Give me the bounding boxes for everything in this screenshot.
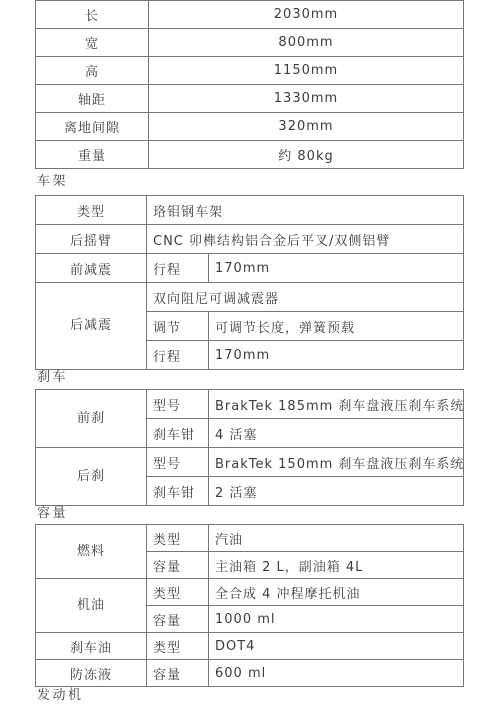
table-row: 宽 800mm xyxy=(36,29,464,57)
fuel-type-label: 类型 xyxy=(147,525,209,552)
oil-capacity-label: 容量 xyxy=(147,606,209,633)
frame-type-label: 类型 xyxy=(36,196,147,225)
table-row: 高 1150mm xyxy=(36,57,464,85)
spec-value-height: 1150mm xyxy=(149,57,464,85)
brake-fluid-label: 刹车油 xyxy=(36,633,147,660)
fuel-capacity-value: 主油箱 2 L，副油箱 4L xyxy=(209,552,464,579)
fuel-type-value: 汽油 xyxy=(209,525,464,552)
oil-capacity-value: 1000 ml xyxy=(209,606,464,633)
table-row: 机油 类型 全合成 4 冲程摩托机油 xyxy=(36,579,464,606)
oil-type-label: 类型 xyxy=(147,579,209,606)
coolant-capacity-label: 容量 xyxy=(147,660,209,687)
spec-value-ground-clearance: 320mm xyxy=(149,113,464,141)
frame-swingarm-value: CNC 卯榫结构铝合金后平叉/双侧铝臂 xyxy=(147,225,464,254)
front-shock-label: 前减震 xyxy=(36,254,147,283)
brakes-table: 前刹 型号 BrakTek 185mm 刹车盘液压刹车系统 刹车钳 4 活塞 后… xyxy=(35,389,464,506)
spec-value-wheelbase: 1330mm xyxy=(149,85,464,113)
table-row: 离地间隙 320mm xyxy=(36,113,464,141)
table-row: 重量 约 80kg xyxy=(36,141,464,169)
rear-brake-caliper-label: 刹车钳 xyxy=(147,477,209,506)
front-brake-caliper-value: 4 活塞 xyxy=(209,419,464,448)
table-row: 后减震 双向阻尼可调减震器 xyxy=(36,283,464,312)
table-row: 长 2030mm xyxy=(36,1,464,29)
section-title-engine: 发动机 xyxy=(37,688,84,703)
front-brake-caliper-label: 刹车钳 xyxy=(147,419,209,448)
oil-label: 机油 xyxy=(36,579,147,633)
section-title-frame: 车架 xyxy=(37,174,68,189)
table-row: 前减震 行程 170mm xyxy=(36,254,464,283)
spec-label-width: 宽 xyxy=(36,29,149,57)
frame-type-value: 珞钼钢车架 xyxy=(147,196,464,225)
frame-swingarm-label: 后摇臂 xyxy=(36,225,147,254)
fuel-capacity-label: 容量 xyxy=(147,552,209,579)
front-shock-travel-label: 行程 xyxy=(147,254,209,283)
rear-shock-label: 后减震 xyxy=(36,283,147,370)
spec-label-length: 长 xyxy=(36,1,149,29)
spec-label-ground-clearance: 离地间隙 xyxy=(36,113,149,141)
front-brake-model-label: 型号 xyxy=(147,390,209,419)
spec-label-weight: 重量 xyxy=(36,141,149,169)
rear-brake-label: 后刹 xyxy=(36,448,147,506)
rear-brake-model-value: BrakTek 150mm 刹车盘液压刹车系统 xyxy=(209,448,464,477)
table-row: 轴距 1330mm xyxy=(36,85,464,113)
spec-value-length: 2030mm xyxy=(149,1,464,29)
spec-label-wheelbase: 轴距 xyxy=(36,85,149,113)
rear-shock-travel-value: 170mm xyxy=(209,341,464,370)
table-row: 燃料 类型 汽油 xyxy=(36,525,464,552)
coolant-label: 防冻液 xyxy=(36,660,147,687)
capacity-table: 燃料 类型 汽油 容量 主油箱 2 L，副油箱 4L 机油 类型 全合成 4 冲… xyxy=(35,524,464,687)
front-shock-travel-value: 170mm xyxy=(209,254,464,283)
table-row: 后摇臂 CNC 卯榫结构铝合金后平叉/双侧铝臂 xyxy=(36,225,464,254)
table-row: 类型 珞钼钢车架 xyxy=(36,196,464,225)
table-row: 后刹 型号 BrakTek 150mm 刹车盘液压刹车系统 xyxy=(36,448,464,477)
front-brake-label: 前刹 xyxy=(36,390,147,448)
rear-brake-caliper-value: 2 活塞 xyxy=(209,477,464,506)
rear-shock-value: 双向阻尼可调减震器 xyxy=(147,283,464,312)
coolant-capacity-value: 600 ml xyxy=(209,660,464,687)
section-title-brakes: 刹车 xyxy=(37,370,68,385)
table-row: 防冻液 容量 600 ml xyxy=(36,660,464,687)
fuel-label: 燃料 xyxy=(36,525,147,579)
spec-label-height: 高 xyxy=(36,57,149,85)
frame-table: 类型 珞钼钢车架 后摇臂 CNC 卯榫结构铝合金后平叉/双侧铝臂 前减震 行程 … xyxy=(35,195,464,370)
dimensions-table: 长 2030mm 宽 800mm 高 1150mm 轴距 1330mm 离地间隙… xyxy=(35,0,464,169)
spec-value-width: 800mm xyxy=(149,29,464,57)
rear-shock-adjust-label: 调节 xyxy=(147,312,209,341)
rear-shock-travel-label: 行程 xyxy=(147,341,209,370)
brake-fluid-type-value: DOT4 xyxy=(209,633,464,660)
table-row: 刹车油 类型 DOT4 xyxy=(36,633,464,660)
section-title-capacity: 容量 xyxy=(37,506,68,521)
spec-value-weight: 约 80kg xyxy=(149,141,464,169)
brake-fluid-type-label: 类型 xyxy=(147,633,209,660)
rear-brake-model-label: 型号 xyxy=(147,448,209,477)
table-row: 前刹 型号 BrakTek 185mm 刹车盘液压刹车系统 xyxy=(36,390,464,419)
oil-type-value: 全合成 4 冲程摩托机油 xyxy=(209,579,464,606)
front-brake-model-value: BrakTek 185mm 刹车盘液压刹车系统 xyxy=(209,390,464,419)
spec-page: 长 2030mm 宽 800mm 高 1150mm 轴距 1330mm 离地间隙… xyxy=(0,0,500,707)
rear-shock-adjust-value: 可调节长度，弹簧预载 xyxy=(209,312,464,341)
